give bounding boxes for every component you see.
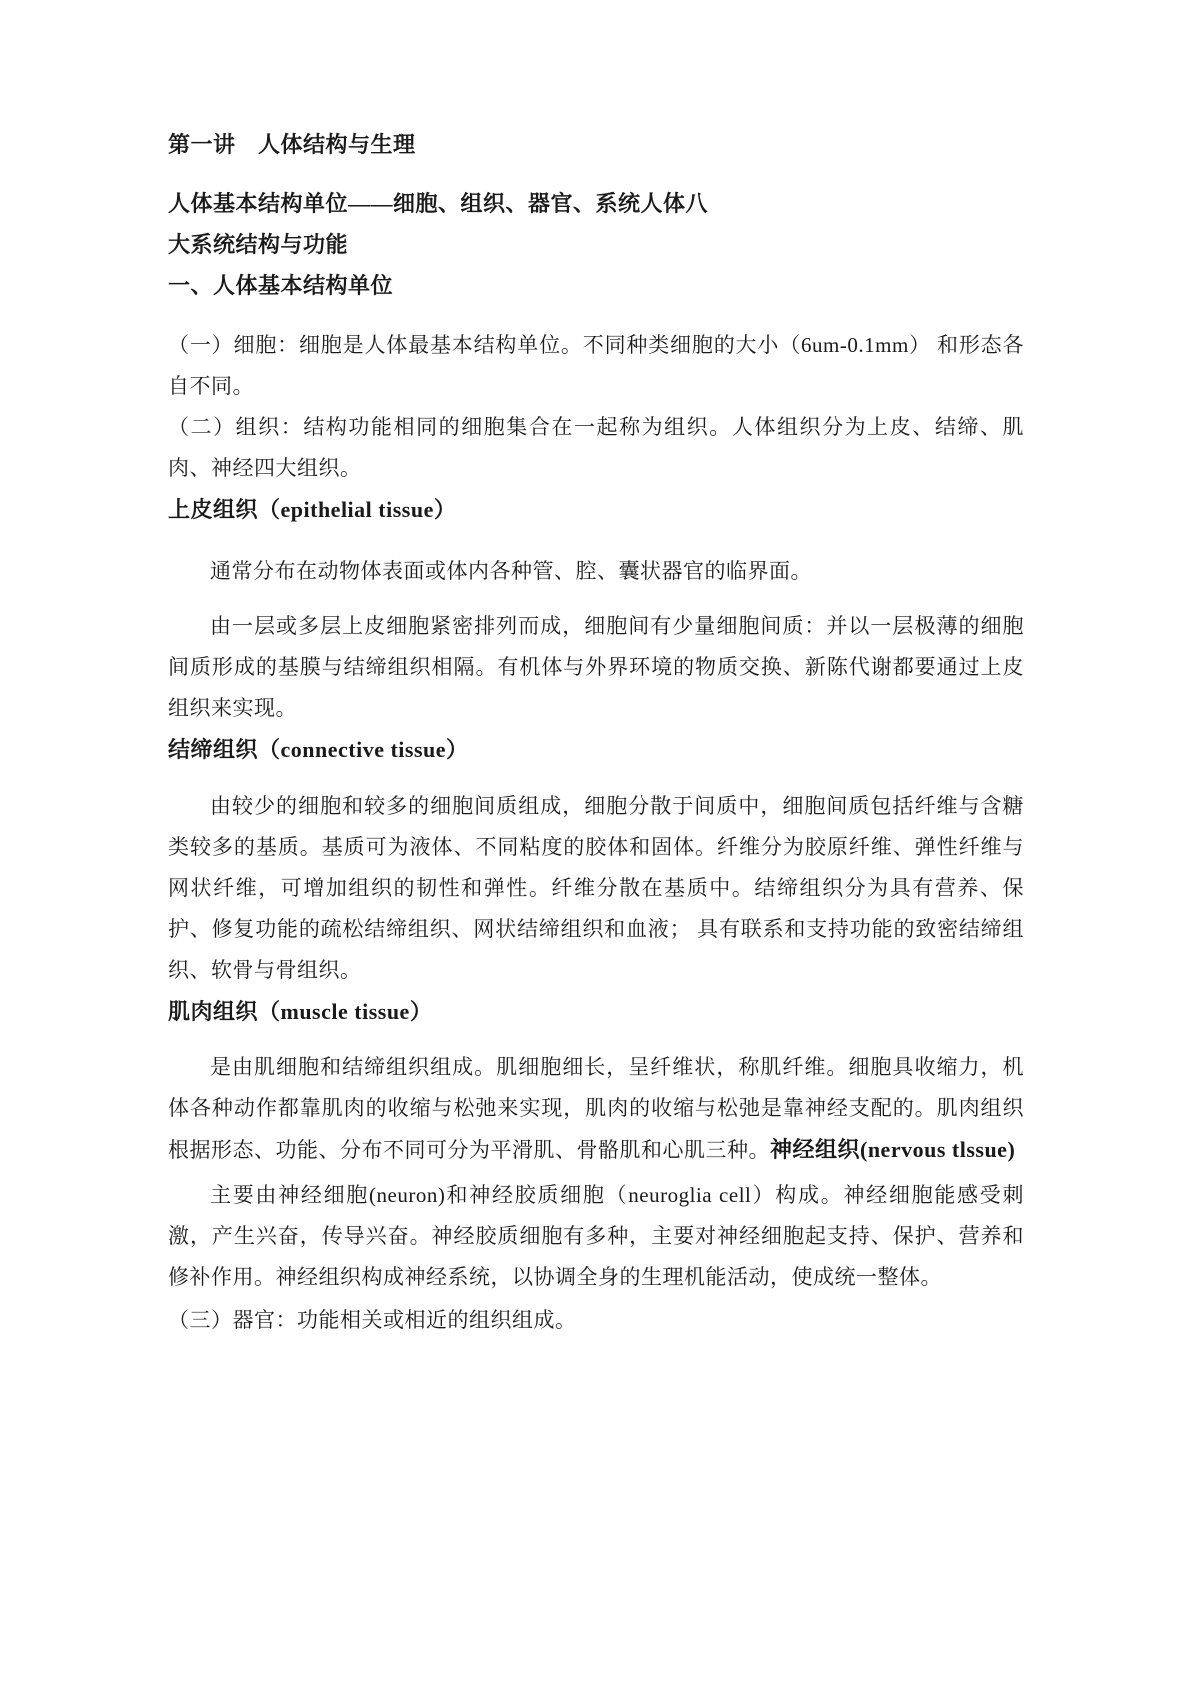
- lecture-title: 第一讲 人体结构与生理: [168, 124, 1024, 165]
- paragraph-nervous: 主要由神经细胞(neuron)和神经胶质细胞（neuroglia cell）构成…: [168, 1175, 1024, 1298]
- paragraph-cell: （一）细胞：细胞是人体最基本结构单位。不同种类细胞的大小（6um-0.1mm） …: [168, 325, 1024, 407]
- intro-heading-line-2: 大系统结构与功能: [168, 224, 1024, 265]
- heading-connective-tissue: 结缔组织（connective tissue）: [168, 729, 1024, 770]
- document-content: 第一讲 人体结构与生理 人体基本结构单位——细胞、组织、器官、系统人体八 大系统…: [0, 0, 1190, 1341]
- paragraph-muscle: 是由肌细胞和结缔组织组成。肌细胞细长，呈纤维状，称肌纤维。细胞具收缩力，机体各种…: [168, 1047, 1024, 1171]
- document-page: 第一讲 人体结构与生理 人体基本结构单位——细胞、组织、器官、系统人体八 大系统…: [0, 0, 1190, 1684]
- intro-heading-line-1: 人体基本结构单位——细胞、组织、器官、系统人体八: [168, 183, 1024, 224]
- heading-muscle-tissue: 肌肉组织（muscle tissue）: [168, 991, 1024, 1032]
- paragraph-organ: （三）器官：功能相关或相近的组织组成。: [168, 1300, 1024, 1341]
- paragraph-tissue: （二）组织：结构功能相同的细胞集合在一起称为组织。人体组织分为上皮、结缔、肌肉、…: [168, 407, 1024, 489]
- paragraph-epithelial-1: 通常分布在动物体表面或体内各种管、腔、囊状器官的临界面。: [168, 551, 1024, 592]
- inline-heading-nervous-tissue: 神经组织(nervous tlssue): [770, 1137, 1015, 1162]
- heading-epithelial-tissue: 上皮组织（epithelial tissue）: [168, 489, 1024, 530]
- section-one-heading: 一、人体基本结构单位: [168, 265, 1024, 306]
- paragraph-epithelial-2: 由一层或多层上皮细胞紧密排列而成，细胞间有少量细胞间质：并以一层极薄的细胞间质形…: [168, 606, 1024, 729]
- paragraph-connective: 由较少的细胞和较多的细胞间质组成，细胞分散于间质中，细胞间质包括纤维与含糖类较多…: [168, 786, 1024, 991]
